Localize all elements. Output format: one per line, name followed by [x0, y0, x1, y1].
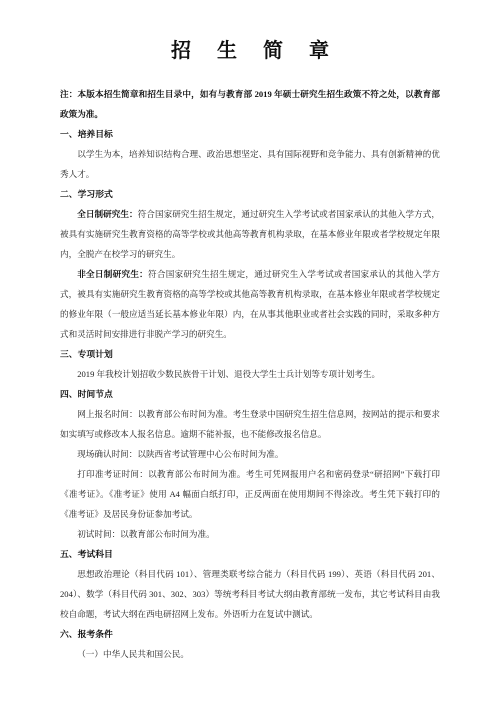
- policy-note: 注：本版本招生简章和招生目录中，如有与教育部 2019 年硕士研究生招生政策不符…: [60, 84, 440, 124]
- section-heading-training-goals: 一、培养目标: [60, 124, 440, 144]
- paragraph-parttime: 非全日制研究生：符合国家研究生招生规定，通过研究生入学考试或者国家承认的其他入学…: [60, 264, 440, 344]
- paragraph-onsite-confirmation: 现场确认时间：以陕西省考试管理中心公布时间为准。: [60, 444, 440, 464]
- paragraph-exam-subjects: 思想政治理论（科目代码 101）、管理类联考综合能力（科目代码 199）、英语（…: [60, 564, 440, 624]
- section-heading-application-requirements: 六、报考条件: [60, 624, 440, 644]
- section-application-requirements: 六、报考条件 （一）中华人民共和国公民。: [60, 624, 440, 664]
- paragraph-admission-ticket: 打印准考证时间：以教育部公布时间为准。考生可凭网报用户名和密码登录“研招网”下载…: [60, 464, 440, 524]
- section-exam-subjects: 五、考试科目 思想政治理论（科目代码 101）、管理类联考综合能力（科目代码 1…: [60, 544, 440, 624]
- document-page: 招生简章 注：本版本招生简章和招生目录中，如有与教育部 2019 年硕士研究生招…: [0, 0, 500, 707]
- paragraph-lead-parttime: 非全日制研究生：: [77, 269, 148, 279]
- paragraph-online-registration: 网上报名时间：以教育部公布时间为准。考生登录中国研究生招生信息网，按网站的提示和…: [60, 404, 440, 444]
- paragraph-initial-exam-time: 初试时间：以教育部公布时间为准。: [60, 524, 440, 544]
- section-study-forms: 二、学习形式 全日制研究生：符合国家研究生招生规定，通过研究生入学考试或者国家承…: [60, 184, 440, 344]
- section-special-programs: 三、专项计划 2019 年我校计划招收少数民族骨干计划、退役大学生士兵计划等专项…: [60, 344, 440, 384]
- section-heading-exam-subjects: 五、考试科目: [60, 544, 440, 564]
- paragraph-special-programs: 2019 年我校计划招收少数民族骨干计划、退役大学生士兵计划等专项计划考生。: [60, 364, 440, 384]
- document-title: 招生简章: [60, 40, 440, 62]
- section-timeline: 四、时间节点 网上报名时间：以教育部公布时间为准。考生登录中国研究生招生信息网，…: [60, 384, 440, 544]
- paragraph-text-parttime: 符合国家研究生招生规定，通过研究生入学考试或者国家承认的其他入学方式，被具有实施…: [60, 269, 440, 339]
- paragraph-fulltime: 全日制研究生：符合国家研究生招生规定，通过研究生入学考试或者国家承认的其他入学方…: [60, 204, 440, 264]
- section-heading-timeline: 四、时间节点: [60, 384, 440, 404]
- paragraph-lead-fulltime: 全日制研究生：: [77, 209, 137, 219]
- section-heading-special-programs: 三、专项计划: [60, 344, 440, 364]
- section-heading-study-forms: 二、学习形式: [60, 184, 440, 204]
- section-training-goals: 一、培养目标 以学生为本，培养知识结构合理、政治思想坚定、具有国际视野和竞争能力…: [60, 124, 440, 184]
- paragraph-citizenship-requirement: （一）中华人民共和国公民。: [60, 644, 440, 664]
- paragraph-training-goals: 以学生为本，培养知识结构合理、政治思想坚定、具有国际视野和竞争能力、具有创新精神…: [60, 144, 440, 184]
